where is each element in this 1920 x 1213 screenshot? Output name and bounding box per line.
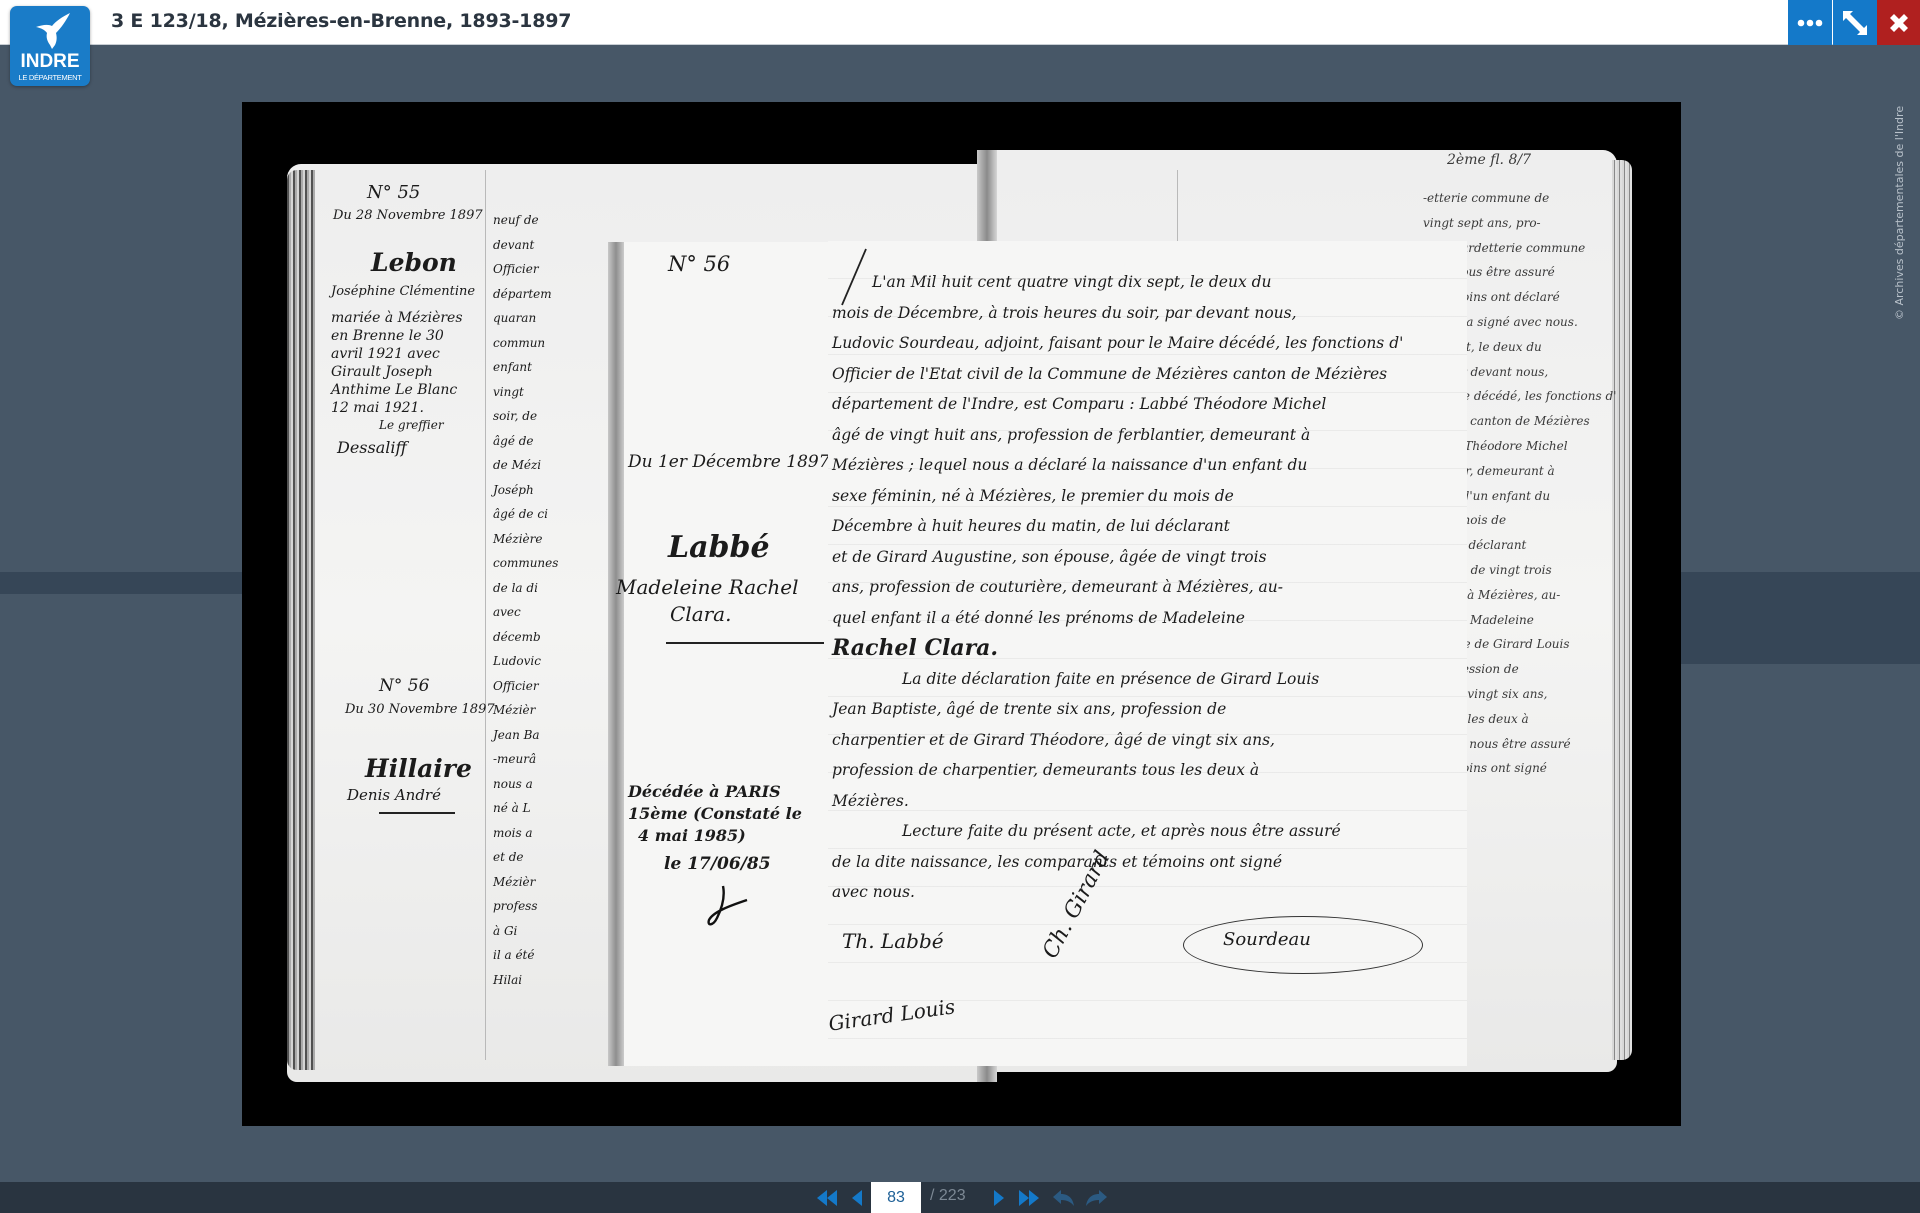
- act-text-line: ans, profession de couturière, demeurant…: [832, 572, 1462, 603]
- act-text-line: Rachel Clara.: [832, 633, 1462, 664]
- entry-number: N° 56: [379, 676, 429, 696]
- act-text-line: L'an Mil huit cent quatre vingt dix sept…: [832, 267, 1462, 298]
- act-text-line: charpentier et de Girard Théodore, âgé d…: [832, 725, 1462, 756]
- entry-given-names: Clara.: [670, 602, 731, 626]
- margin-note-line: Anthime Le Blanc: [331, 382, 457, 398]
- insert-act-sheet: L'an Mil huit cent quatre vingt dix sept…: [828, 241, 1467, 1066]
- margin-note-line: avril 1921 avec: [331, 346, 440, 362]
- image-viewer[interactable]: N° 55 Du 28 Novembre 1897 Lebon Joséphin…: [242, 102, 1681, 1126]
- act-text-line: Ludovic Sourdeau, adjoint, faisant pour …: [832, 328, 1462, 359]
- act-text: L'an Mil huit cent quatre vingt dix sept…: [832, 267, 1462, 908]
- act-text-line: profession de charpentier, demeurants to…: [832, 755, 1462, 786]
- act-text-line: Décembre à huit heures du matin, de lui …: [832, 511, 1462, 542]
- background-band-left: [0, 572, 242, 594]
- close-x-icon: [1887, 11, 1911, 35]
- undo-button[interactable]: [1050, 1182, 1078, 1213]
- ellipsis-icon: [1797, 19, 1823, 27]
- margin-note-line: mariée à Mézières: [331, 310, 463, 326]
- left-page-edges: [287, 170, 315, 1070]
- act-text-line: âgé de vingt huit ans, profession de fer…: [832, 420, 1462, 451]
- margin-note-line: en Brenne le 30: [331, 328, 444, 344]
- column-rule: [485, 170, 486, 1060]
- entry-surname: Lebon: [371, 248, 457, 277]
- expand-arrows-icon: [1841, 9, 1869, 37]
- act-text-line: Lecture faite du présent acte, et après …: [832, 816, 1462, 847]
- entry-number: N° 55: [367, 182, 420, 203]
- act-text-line: avec nous.: [832, 877, 1462, 908]
- fullscreen-button[interactable]: [1833, 0, 1877, 45]
- folio-note: 2ème fl. 8/7: [1447, 152, 1531, 168]
- margin-note-line: Girault Joseph: [331, 364, 433, 380]
- redo-button[interactable]: [1082, 1182, 1110, 1213]
- last-page-button[interactable]: [1014, 1182, 1044, 1213]
- redo-arrow-icon: [1084, 1189, 1108, 1207]
- insert-margin-sheet: N° 56 Du 1er Décembre 1897 Labbé Madelei…: [608, 242, 829, 1066]
- sheet-fold: [608, 242, 624, 1066]
- first-page-button[interactable]: [812, 1182, 842, 1213]
- entry-date: Du 28 Novembre 1897: [333, 208, 483, 223]
- death-note-line: 4 mai 1985): [638, 826, 746, 845]
- act-text-line: Jean Baptiste, âgé de trente six ans, pr…: [832, 694, 1462, 725]
- act-text-line: et de Girard Augustine, son épouse, âgée…: [832, 542, 1462, 573]
- eagle-icon: [28, 11, 72, 51]
- margin-note-line: 12 mai 1921.: [331, 400, 424, 416]
- entry-surname: Labbé: [668, 530, 770, 565]
- more-options-button[interactable]: [1788, 0, 1832, 45]
- act-text-line: sexe féminin, né à Mézières, le premier …: [832, 481, 1462, 512]
- act-text-line: Mézières ; lequel nous a déclaré la nais…: [832, 450, 1462, 481]
- death-note-line: 15ème (Constaté le: [628, 804, 802, 823]
- underline: [379, 812, 455, 814]
- entry-surname: Hillaire: [365, 754, 472, 783]
- top-bar: 3 E 123/18, Mézières-en-Brenne, 1893-189…: [0, 0, 1920, 45]
- document-title: 3 E 123/18, Mézières-en-Brenne, 1893-189…: [111, 10, 571, 32]
- copyright-credit: © Archives départementales de l'Indre: [1893, 106, 1906, 320]
- signature-th-labbe: Th. Labbé: [842, 929, 944, 953]
- act-text-line: département de l'Indre, est Comparu : La…: [832, 389, 1462, 420]
- close-button[interactable]: [1877, 0, 1920, 45]
- clerk-signature: Dessaliff: [337, 438, 407, 457]
- act-text-line: Mézières.: [832, 786, 1462, 817]
- initials-signature: [703, 882, 753, 932]
- previous-page-button[interactable]: [845, 1182, 869, 1213]
- triangle-left-icon: [851, 1189, 863, 1207]
- double-chevron-right-icon: [1018, 1189, 1040, 1207]
- entry-date: Du 1er Décembre 1897: [628, 452, 830, 472]
- background-band-right: [1681, 572, 1920, 664]
- act-text-line: La dite déclaration faite en présence de…: [832, 664, 1462, 695]
- act-text-line: quel enfant il a été donné les prénoms d…: [832, 603, 1462, 634]
- triangle-right-icon: [993, 1189, 1005, 1207]
- death-note-line: le 17/06/85: [664, 854, 771, 874]
- indre-logo[interactable]: INDRE LE DÉPARTEMENT: [10, 6, 90, 86]
- page-number-input[interactable]: [871, 1182, 921, 1213]
- entry-date: Du 30 Novembre 1897: [345, 702, 495, 717]
- entry-number: N° 56: [668, 252, 730, 276]
- page-total: / 223: [930, 1187, 966, 1205]
- left-column-fragments: neuf de devant Officier départem quaran …: [493, 208, 558, 992]
- entry-given-names: Madeleine Rachel: [616, 575, 799, 599]
- logo-name: INDRE: [10, 51, 90, 73]
- death-note-line: Décédée à PARIS: [628, 782, 781, 801]
- next-page-button[interactable]: [988, 1182, 1010, 1213]
- pagination-bar: / 223: [0, 1182, 1920, 1213]
- entry-given-names: Joséphine Clémentine: [331, 284, 475, 299]
- double-chevron-left-icon: [816, 1189, 838, 1207]
- signature-sourdeau: Sourdeau: [1223, 929, 1311, 950]
- act-text-line: mois de Décembre, à trois heures du soir…: [832, 298, 1462, 329]
- underline: [666, 642, 824, 644]
- act-text-line: de la dite naissance, les comparants et …: [832, 847, 1462, 878]
- act-text-line: Officier de l'Etat civil de la Commune d…: [832, 359, 1462, 390]
- entry-given-names: Denis André: [347, 786, 441, 804]
- logo-subtitle: LE DÉPARTEMENT: [10, 73, 90, 82]
- register-book-scan: N° 55 Du 28 Novembre 1897 Lebon Joséphin…: [287, 150, 1632, 1080]
- undo-arrow-icon: [1052, 1189, 1076, 1207]
- margin-note-line: Le greffier: [379, 418, 444, 432]
